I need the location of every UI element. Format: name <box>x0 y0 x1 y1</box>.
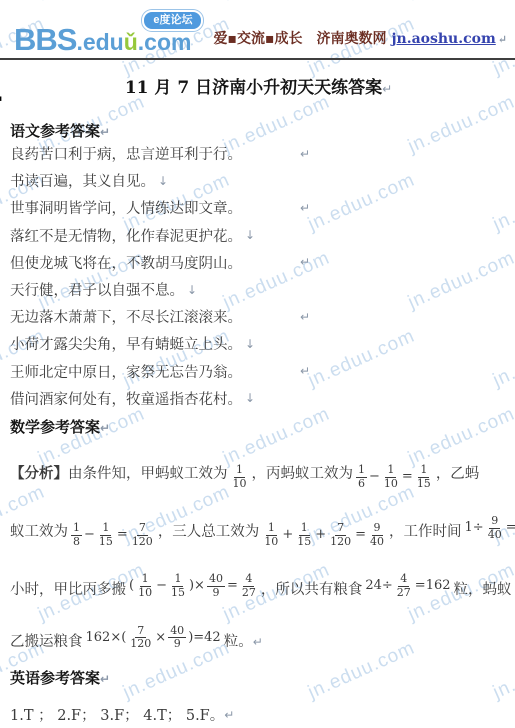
numerator: 1 <box>140 573 151 587</box>
math-line: 蚁工效为18−115=7120，三人总工效为110+115+7120=940，工… <box>10 515 507 548</box>
fraction: 940 <box>486 515 504 541</box>
math-lines: 【分析】由条件知，甲蚂蚁工效为110，丙蚂蚁工效为16−110=115，乙蚂蚁工… <box>10 464 507 651</box>
math-text: ，三人总工效为 <box>158 524 260 540</box>
paragraph-mark: ↵ <box>498 33 507 46</box>
denominator: 8 <box>71 536 82 549</box>
poem-line: 书读百遍，其义自见。↓ <box>10 167 507 194</box>
poem-line-text: 良药苦口利于病，忠言逆耳利于行。 <box>10 143 242 164</box>
numerator: 1 <box>71 522 82 536</box>
numerator: 7 <box>137 522 148 536</box>
math-text: 粒，蚂蚁 <box>454 582 512 598</box>
slogan-text: 爱▪交流▪成长 <box>213 28 302 48</box>
denominator: 40 <box>368 536 386 549</box>
poem-line: 天行健，君子以自强不息。↓ <box>10 276 507 303</box>
denominator: 15 <box>415 478 433 491</box>
logo-edu-text: .edu <box>76 31 123 54</box>
logo-bbs-text: BBS <box>14 24 76 55</box>
numerator: 4 <box>398 573 409 587</box>
english-section-heading: 英语参考答案↵ <box>10 669 507 687</box>
logo-com-text: .com <box>138 31 192 54</box>
denominator: 15 <box>97 536 115 549</box>
math-formula: 110 <box>230 464 250 490</box>
numerator: 9 <box>372 522 383 536</box>
numerator: 1 <box>418 464 429 478</box>
poem-line-text: 无边落木萧萧下，不尽长江滚滚来。 <box>10 306 242 327</box>
poem-line: 小荷才露尖尖角，早有蜻蜓立上头。↓ <box>10 330 507 357</box>
math-text: ，工作时间 <box>389 524 462 540</box>
math-text: 小时，甲比丙多搬 <box>10 582 126 598</box>
math-section-heading: 数学参考答案↵ <box>10 418 507 436</box>
numerator: 40 <box>168 625 186 639</box>
numerator: 4 <box>243 573 254 587</box>
fraction: 110 <box>136 573 154 599</box>
fraction: 115 <box>97 522 115 548</box>
operator: 162×( <box>86 630 127 646</box>
title-text: 11 月 7 日济南小升初天天练答案 <box>125 78 382 98</box>
math-formula: 18−115=7120 <box>70 522 156 548</box>
numerator: 9 <box>489 515 500 529</box>
math-line: 乙搬运粮食162×(7120×409)=42粒。↵ <box>10 625 507 651</box>
math-text: 蚁工效为 <box>10 524 68 540</box>
operator: − <box>369 469 380 485</box>
poem-line-text: 借问酒家何处有，牧童遥指杏花村。 <box>10 388 242 409</box>
fraction: 7120 <box>128 625 153 651</box>
heading-text: 语文参考答案 <box>10 122 100 140</box>
heading-text: 数学参考答案 <box>10 418 100 436</box>
operator: 1÷ <box>465 520 484 536</box>
eduu-forum-badge: e度论坛 <box>142 10 203 31</box>
denominator: 9 <box>210 587 221 600</box>
site-name-text: 济南奥数网 <box>316 28 386 48</box>
denominator: 120 <box>328 536 353 549</box>
operator: =162 <box>415 578 451 594</box>
operator: )=42 <box>188 630 221 646</box>
paragraph-mark: ↵ <box>100 421 110 435</box>
numerator: 1 <box>100 522 111 536</box>
math-formula: 16−110=115 <box>355 464 434 490</box>
denominator: 10 <box>382 478 400 491</box>
math-text: 粒。 <box>224 634 253 650</box>
fraction: 409 <box>168 625 186 651</box>
operator: = <box>117 527 128 543</box>
poem-line: 良药苦口利于病，忠言逆耳利于行。↵ <box>10 140 507 167</box>
paragraph-mark: ↵ <box>300 364 310 378</box>
numerator: 1 <box>234 464 245 478</box>
poem-line: 但使龙城飞将在，不教胡马度阴山。↵ <box>10 249 507 276</box>
answers-text: 1.T ； 2.F； 3.F； 4.T； 5.F。 <box>10 704 224 725</box>
line-break-mark: ↓ <box>158 174 168 188</box>
operator: − <box>156 578 167 594</box>
poem-line: 无边落木萧萧下，不尽长江滚滚来。↵ <box>10 303 507 330</box>
list-bullet: ▪ <box>0 95 2 104</box>
chinese-section-heading: 语文参考答案↵ <box>10 122 507 140</box>
heading-text: 英语参考答案 <box>10 669 100 687</box>
denominator: 27 <box>240 587 258 600</box>
poem-line: 王师北定中原日，家祭无忘告乃翁。↵ <box>10 358 507 385</box>
fraction: 110 <box>382 464 400 490</box>
denominator: 15 <box>169 587 187 600</box>
header-slogan-area: 爱▪交流▪成长 济南奥数网 jn.aoshu.com ↵ <box>213 28 507 55</box>
fraction: 115 <box>295 522 313 548</box>
math-text: ，乙蚂 <box>436 466 480 482</box>
poem-line: 落红不是无情物，化作春泥更护花。↓ <box>10 222 507 249</box>
math-text: 乙搬运粮食 <box>10 634 83 650</box>
paragraph-mark: ↵ <box>100 672 110 686</box>
operator: 24÷ <box>365 578 392 594</box>
denominator: 27 <box>395 587 413 600</box>
chinese-lines: 良药苦口利于病，忠言逆耳利于行。↵书读百遍，其义自见。↓世事洞明皆学问，人情练达… <box>10 140 507 412</box>
fraction: 427 <box>395 573 413 599</box>
page-title: 11 月 7 日济南小升初天天练答案↵ <box>10 73 507 98</box>
line-break-mark: ↓ <box>245 337 255 351</box>
denominator: 10 <box>231 478 249 491</box>
paragraph-mark: ↵ <box>300 147 310 161</box>
denominator: 120 <box>130 536 155 549</box>
numerator: 1 <box>385 464 396 478</box>
numerator: 7 <box>335 522 346 536</box>
math-formula: 24÷427=162 <box>364 573 451 599</box>
poem-line-text: 王师北定中原日，家祭无忘告乃翁。 <box>10 361 242 382</box>
poem-line-text: 世事洞明皆学问，人情练达即文章。 <box>10 197 242 218</box>
fraction: 940 <box>368 522 386 548</box>
page: jn.eduu.comjn.eduu.comjn.eduu.comjn.eduu… <box>0 0 515 728</box>
denominator: 6 <box>356 478 367 491</box>
math-text: 由条件知，甲蚂蚁工效为 <box>68 466 228 482</box>
fraction: 16 <box>356 464 367 490</box>
fraction: 7120 <box>328 522 353 548</box>
math-formula: 110+115+7120=940 <box>261 522 387 548</box>
english-answers: 1.T ； 2.F； 3.F； 4.T； 5.F。↵ <box>10 704 507 725</box>
denominator: 9 <box>172 638 183 651</box>
operator: = <box>402 469 413 485</box>
operator: + <box>315 527 326 543</box>
operator: )× <box>189 578 205 594</box>
numerator: 7 <box>135 625 146 639</box>
math-formula: 1÷940=409 <box>464 515 515 541</box>
line-break-mark: ↓ <box>187 283 197 297</box>
aoshu-link[interactable]: jn.aoshu.com <box>391 31 495 47</box>
denominator: 15 <box>295 536 313 549</box>
denominator: 10 <box>262 536 280 549</box>
denominator: 10 <box>136 587 154 600</box>
math-text: 【分析】 <box>10 465 68 482</box>
math-formula: (110−115)×409=427 <box>128 573 259 599</box>
math-line: 小时，甲比丙多搬(110−115)×409=427，所以共有粮食24÷427=1… <box>10 573 507 599</box>
operator: − <box>84 527 95 543</box>
site-logo[interactable]: BBS.eduǔ.com e度论坛 <box>14 24 191 55</box>
numerator: 40 <box>207 573 225 587</box>
poem-line-text: 落红不是无情物，化作春泥更护花。 <box>10 225 242 246</box>
logo-green-u: ǔ <box>124 31 138 54</box>
line-break-mark: ↓ <box>245 228 255 242</box>
poem-line: 世事洞明皆学问，人情练达即文章。↵ <box>10 194 507 221</box>
poem-line: 借问酒家何处有，牧童遥指杏花村。↓ <box>10 385 507 412</box>
operator: + <box>282 527 293 543</box>
fraction: 115 <box>415 464 433 490</box>
poem-line-text: 但使龙城飞将在，不教胡马度阴山。 <box>10 252 242 273</box>
fraction: 427 <box>240 573 258 599</box>
paragraph-mark: ↵ <box>224 708 234 722</box>
paragraph-mark: ↵ <box>253 635 263 649</box>
document-body: ▪ 11 月 7 日济南小升初天天练答案↵ 语文参考答案↵ 良药苦口利于病，忠言… <box>0 73 515 725</box>
math-formula: 162×(7120×409)=42 <box>85 625 222 651</box>
paragraph-mark: ↵ <box>382 82 392 96</box>
math-text: ，所以共有粮食 <box>261 582 363 598</box>
numerator: 1 <box>266 522 277 536</box>
operator: = <box>227 578 238 594</box>
math-line: 【分析】由条件知，甲蚂蚁工效为110，丙蚂蚁工效为16−110=115，乙蚂 <box>10 464 507 490</box>
fraction: 110 <box>231 464 249 490</box>
operator: = <box>506 520 515 536</box>
paragraph-mark: ↵ <box>300 310 310 324</box>
fraction: 18 <box>71 522 82 548</box>
math-text: ，丙蚂蚁工效为 <box>252 466 354 482</box>
poem-line-text: 小荷才露尖尖角，早有蜻蜓立上头。 <box>10 333 242 354</box>
denominator: 40 <box>486 529 504 542</box>
fraction: 409 <box>207 573 225 599</box>
poem-line-text: 天行健，君子以自强不息。 <box>10 279 184 300</box>
operator: × <box>155 630 166 646</box>
numerator: 1 <box>356 464 367 478</box>
forum-header: BBS.eduǔ.com e度论坛 爱▪交流▪成长 济南奥数网 jn.aoshu… <box>0 0 515 60</box>
fraction: 115 <box>169 573 187 599</box>
paragraph-mark: ↵ <box>100 125 110 139</box>
operator: ( <box>129 578 134 594</box>
numerator: 1 <box>299 522 310 536</box>
paragraph-mark: ↵ <box>300 201 310 215</box>
poem-line-text: 书读百遍，其义自见。 <box>10 170 155 191</box>
paragraph-mark: ↵ <box>300 255 310 269</box>
denominator: 120 <box>128 638 153 651</box>
numerator: 1 <box>172 573 183 587</box>
line-break-mark: ↓ <box>245 391 255 405</box>
operator: = <box>355 527 366 543</box>
fraction: 110 <box>262 522 280 548</box>
fraction: 7120 <box>130 522 155 548</box>
